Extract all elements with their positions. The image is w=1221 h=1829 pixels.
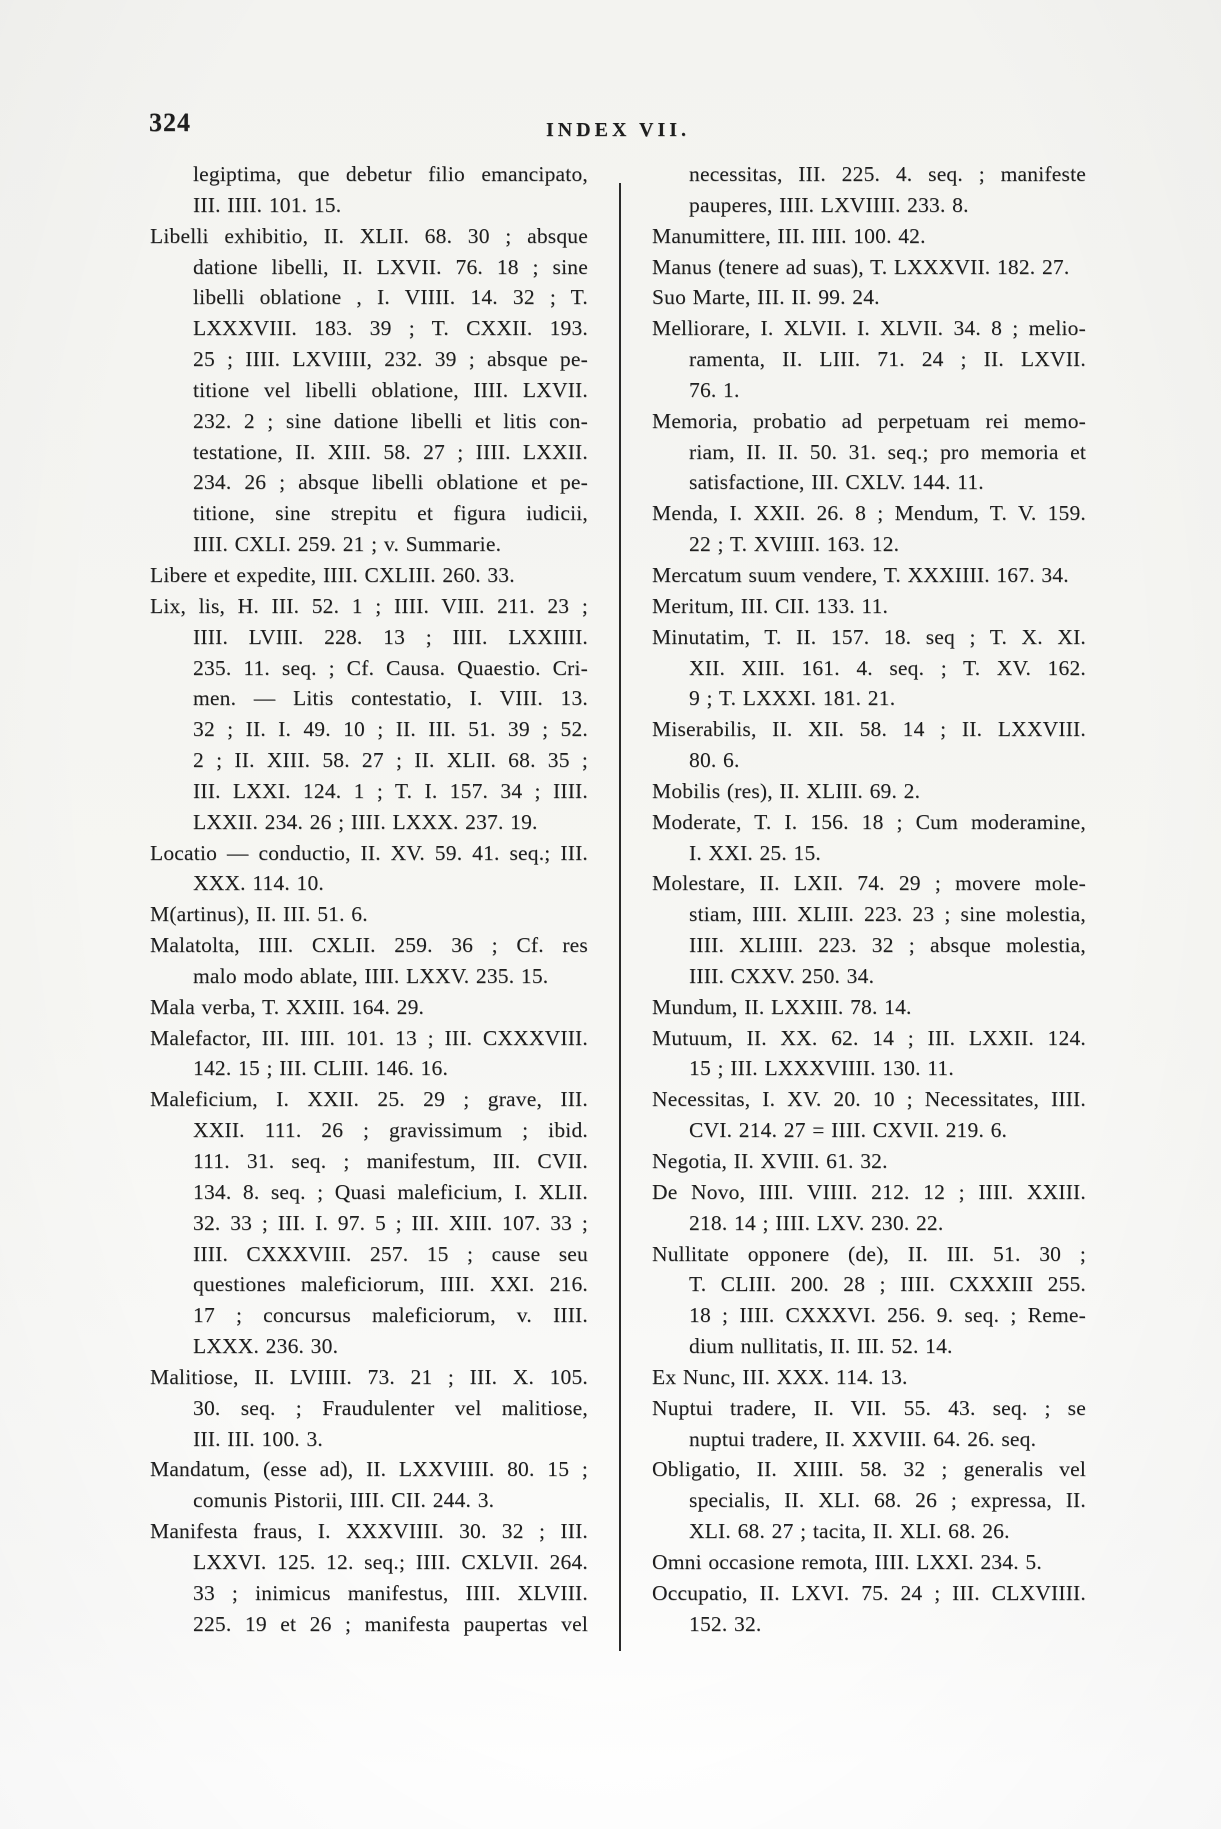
index-line: 33 ; inimicus manifestus, IIII. XLVIII.: [150, 1578, 588, 1609]
index-line: LXXII. 234. 26 ; IIII. LXXX. 237. 19.: [150, 807, 588, 838]
index-line: men. — Litis contestatio, I. VIII. 13.: [150, 683, 588, 714]
index-line: I. XXI. 25. 15.: [652, 838, 1086, 869]
index-line: LXXVI. 125. 12. seq.; IIII. CXLVII. 264.: [150, 1547, 588, 1578]
index-line: Manifesta fraus, I. XXXVIIII. 30. 32 ; I…: [150, 1516, 588, 1547]
index-line: IIII. XLIIII. 223. 32 ; absque molestia,: [652, 930, 1086, 961]
index-line: 2 ; II. XIII. 58. 27 ; II. XLII. 68. 35 …: [150, 745, 588, 776]
index-line: 9 ; T. LXXXI. 181. 21.: [652, 683, 1086, 714]
index-line: testatione, II. XIII. 58. 27 ; IIII. LXX…: [150, 437, 588, 468]
index-line: questiones maleficiorum, IIII. XXI. 216.: [150, 1269, 588, 1300]
index-line: 234. 26 ; absque libelli oblatione et pe…: [150, 467, 588, 498]
index-line: LXXXVIII. 183. 39 ; T. CXXII. 193.: [150, 313, 588, 344]
index-line: Mobilis (res), II. XLIII. 69. 2.: [652, 776, 1086, 807]
index-line: CVI. 214. 27 = IIII. CXVII. 219. 6.: [652, 1115, 1086, 1146]
index-line: ramenta, II. LIII. 71. 24 ; II. LXVII.: [652, 344, 1086, 375]
column-right: necessitas, III. 225. 4. seq. ; manifest…: [652, 159, 1086, 1640]
index-line: Necessitas, I. XV. 20. 10 ; Necessitates…: [652, 1084, 1086, 1115]
column-left: legiptima, que debetur filio emancipato,…: [150, 159, 588, 1640]
index-line: pauperes, IIII. LXVIIII. 233. 8.: [652, 190, 1086, 221]
index-line: Nuptui tradere, II. VII. 55. 43. seq. ; …: [652, 1393, 1086, 1424]
index-line: 152. 32.: [652, 1609, 1086, 1640]
index-line: Nullitate opponere (de), II. III. 51. 30…: [652, 1239, 1086, 1270]
index-line: stiam, IIII. XLIII. 223. 23 ; sine moles…: [652, 899, 1086, 930]
index-line: Mandatum, (esse ad), II. LXXVIIII. 80. 1…: [150, 1454, 588, 1485]
index-line: titione vel libelli oblatione, IIII. LXV…: [150, 375, 588, 406]
index-line: Mala verba, T. XXIII. 164. 29.: [150, 992, 588, 1023]
index-line: specialis, II. XLI. 68. 26 ; expressa, I…: [652, 1485, 1086, 1516]
index-line: Moderate, T. I. 156. 18 ; Cum moderamine…: [652, 807, 1086, 838]
index-line: 18 ; IIII. CXXXVI. 256. 9. seq. ; Reme-: [652, 1300, 1086, 1331]
index-line: T. CLIII. 200. 28 ; IIII. CXXXIII 255.: [652, 1269, 1086, 1300]
index-line: comunis Pistorii, IIII. CII. 244. 3.: [150, 1485, 588, 1516]
index-line: Occupatio, II. LXVI. 75. 24 ; III. CLXVI…: [652, 1578, 1086, 1609]
index-line: necessitas, III. 225. 4. seq. ; manifest…: [652, 159, 1086, 190]
index-line: IIII. LVIII. 228. 13 ; IIII. LXXIIII.: [150, 622, 588, 653]
index-line: 111. 31. seq. ; manifestum, III. CVII.: [150, 1146, 588, 1177]
index-line: Maleficium, I. XXII. 25. 29 ; grave, III…: [150, 1084, 588, 1115]
index-line: Ex Nunc, III. XXX. 114. 13.: [652, 1362, 1086, 1393]
column-divider-rule: [619, 183, 621, 1651]
index-line: Mundum, II. LXXIII. 78. 14.: [652, 992, 1086, 1023]
index-line: 76. 1.: [652, 375, 1086, 406]
index-line: Suo Marte, III. II. 99. 24.: [652, 282, 1086, 313]
index-line: 218. 14 ; IIII. LXV. 230. 22.: [652, 1208, 1086, 1239]
index-line: 32. 33 ; III. I. 97. 5 ; III. XIII. 107.…: [150, 1208, 588, 1239]
index-line: Memoria, probatio ad perpetuam rei memo-: [652, 406, 1086, 437]
index-line: libelli oblatione , I. VIIII. 14. 32 ; T…: [150, 282, 588, 313]
index-line: Negotia, II. XVIII. 61. 32.: [652, 1146, 1086, 1177]
index-line: XXII. 111. 26 ; gravissimum ; ibid.: [150, 1115, 588, 1146]
index-line: 134. 8. seq. ; Quasi maleficium, I. XLII…: [150, 1177, 588, 1208]
index-line: LXXX. 236. 30.: [150, 1331, 588, 1362]
index-line: nuptui tradere, II. XXVIII. 64. 26. seq.: [652, 1424, 1086, 1455]
index-line: Malitiose, II. LVIIII. 73. 21 ; III. X. …: [150, 1362, 588, 1393]
index-line: XII. XIII. 161. 4. seq. ; T. XV. 162.: [652, 653, 1086, 684]
index-line: Obligatio, II. XIIII. 58. 32 ; generalis…: [652, 1454, 1086, 1485]
index-line: IIII. CXXV. 250. 34.: [652, 961, 1086, 992]
index-line: Manus (tenere ad suas), T. LXXXVII. 182.…: [652, 252, 1086, 283]
index-line: 32 ; II. I. 49. 10 ; II. III. 51. 39 ; 5…: [150, 714, 588, 745]
index-line: III. LXXI. 124. 1 ; T. I. 157. 34 ; IIII…: [150, 776, 588, 807]
index-line: Mutuum, II. XX. 62. 14 ; III. LXXII. 124…: [652, 1023, 1086, 1054]
index-line: satisfactione, III. CXLV. 144. 11.: [652, 467, 1086, 498]
index-line: IIII. CXXXVIII. 257. 15 ; cause seu: [150, 1239, 588, 1270]
index-line: Malatolta, IIII. CXLII. 259. 36 ; Cf. re…: [150, 930, 588, 961]
index-line: 25 ; IIII. LXVIIII, 232. 39 ; absque pe-: [150, 344, 588, 375]
index-line: datione libelli, II. LXVII. 76. 18 ; sin…: [150, 252, 588, 283]
index-line: 232. 2 ; sine datione libelli et litis c…: [150, 406, 588, 437]
index-line: dium nullitatis, II. III. 52. 14.: [652, 1331, 1086, 1362]
index-line: 30. seq. ; Fraudulenter vel malitiose,: [150, 1393, 588, 1424]
index-line: Locatio — conductio, II. XV. 59. 41. seq…: [150, 838, 588, 869]
index-line: Lix, lis, H. III. 52. 1 ; IIII. VIII. 21…: [150, 591, 588, 622]
index-line: Menda, I. XXII. 26. 8 ; Mendum, T. V. 15…: [652, 498, 1086, 529]
index-line: Omni occasione remota, IIII. LXXI. 234. …: [652, 1547, 1086, 1578]
index-line: 17 ; concursus maleficiorum, v. IIII.: [150, 1300, 588, 1331]
index-line: legiptima, que debetur filio emancipato,: [150, 159, 588, 190]
index-line: Libere et expedite, IIII. CXLIII. 260. 3…: [150, 560, 588, 591]
index-line: Meritum, III. CII. 133. 11.: [652, 591, 1086, 622]
index-line: 235. 11. seq. ; Cf. Causa. Quaestio. Cri…: [150, 653, 588, 684]
index-line: De Novo, IIII. VIIII. 212. 12 ; IIII. XX…: [652, 1177, 1086, 1208]
index-line: Libelli exhibitio, II. XLII. 68. 30 ; ab…: [150, 221, 588, 252]
running-head: INDEX VII.: [150, 119, 1086, 142]
index-line: Melliorare, I. XLVII. I. XLVII. 34. 8 ; …: [652, 313, 1086, 344]
index-line: 80. 6.: [652, 745, 1086, 776]
index-line: Molestare, II. LXII. 74. 29 ; movere mol…: [652, 868, 1086, 899]
index-line: 15 ; III. LXXXVIIII. 130. 11.: [652, 1053, 1086, 1084]
index-line: M(artinus), II. III. 51. 6.: [150, 899, 588, 930]
index-line: 225. 19 et 26 ; manifesta paupertas vel: [150, 1609, 588, 1640]
index-line: III. III. 100. 3.: [150, 1424, 588, 1455]
index-line: IIII. CXLI. 259. 21 ; v. Summarie.: [150, 529, 588, 560]
index-line: 22 ; T. XVIIII. 163. 12.: [652, 529, 1086, 560]
index-line: Manumittere, III. IIII. 100. 42.: [652, 221, 1086, 252]
index-line: Malefactor, III. IIII. 101. 13 ; III. CX…: [150, 1023, 588, 1054]
scanned-book-page: { "page": { "number": "324", "header": "…: [0, 0, 1221, 1829]
index-line: XXX. 114. 10.: [150, 868, 588, 899]
index-line: riam, II. II. 50. 31. seq.; pro memoria …: [652, 437, 1086, 468]
index-line: Miserabilis, II. XII. 58. 14 ; II. LXXVI…: [652, 714, 1086, 745]
index-line: Minutatim, T. II. 157. 18. seq ; T. X. X…: [652, 622, 1086, 653]
index-line: III. IIII. 101. 15.: [150, 190, 588, 221]
index-line: titione, sine strepitu et figura iudicii…: [150, 498, 588, 529]
index-line: malo modo ablate, IIII. LXXV. 235. 15.: [150, 961, 588, 992]
index-line: 142. 15 ; III. CLIII. 146. 16.: [150, 1053, 588, 1084]
index-line: Mercatum suum vendere, T. XXXIIII. 167. …: [652, 560, 1086, 591]
index-line: XLI. 68. 27 ; tacita, II. XLI. 68. 26.: [652, 1516, 1086, 1547]
